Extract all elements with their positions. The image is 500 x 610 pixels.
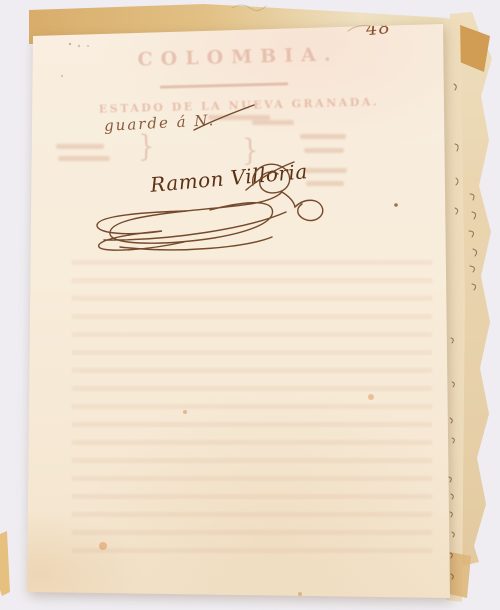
ghost-text-smudge — [304, 148, 344, 153]
photo-backdrop: COLOMBIA. ESTADO DE LA NUEVA GRANADA. } … — [0, 0, 500, 610]
ghost-body-text-lines — [72, 260, 432, 564]
ghost-text-smudge — [252, 120, 294, 125]
letterhead-rule-divider — [160, 82, 288, 88]
ghost-text-smudge — [303, 168, 347, 173]
signature-name: Ramon Villoria — [149, 159, 308, 197]
ghost-text-smudge — [56, 144, 104, 149]
folio-number: 48 — [365, 17, 392, 40]
document-page: COLOMBIA. ESTADO DE LA NUEVA GRANADA. } … — [0, 0, 500, 610]
document-page-wrap: COLOMBIA. ESTADO DE LA NUEVA GRANADA. } … — [0, 0, 500, 610]
letterhead-country: COLOMBIA. — [88, 42, 388, 72]
letterhead-state: ESTADO DE LA NUEVA GRANADA. — [78, 95, 400, 116]
ghost-text-smudge — [300, 134, 346, 139]
ghost-brace: } — [138, 130, 155, 165]
ghost-text-smudge — [58, 156, 110, 161]
ghost-text-smudge — [306, 181, 344, 186]
